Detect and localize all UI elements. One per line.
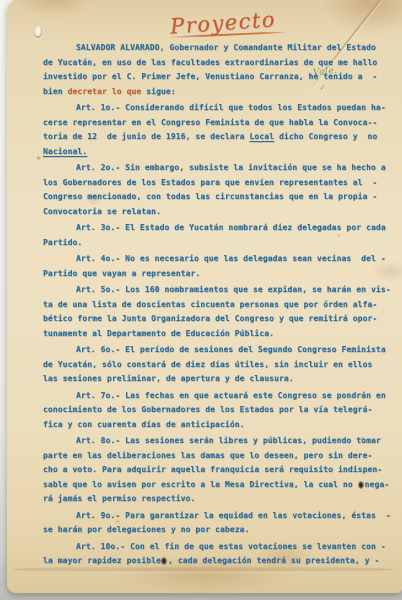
document-line: Art. 4o.- No es necesario que las delega… [43, 252, 391, 267]
document-line: bético forme la Junta Organizadora del C… [43, 312, 391, 327]
document-line: bien decretar lo que sigue: [43, 85, 391, 100]
document-line: cerse representar en el Congreso Feminis… [43, 116, 391, 131]
document-line: las sesiones preliminar, de apertura y d… [43, 372, 391, 387]
document-line: Art. 6o.- El período de sesiones del Seg… [43, 343, 391, 358]
document-page: Proyecto Vale. ✓ SALVADOR ALVARADO, Gobe… [7, 0, 402, 593]
document-line: se harán por delegaciones y no por cabez… [43, 523, 391, 538]
document-line: fica y con cuarenta días de anticipación… [43, 418, 391, 433]
document-paragraph: Art. 5o.- Los 160 nombramientos que se e… [43, 283, 391, 341]
document-paragraph: Art. 6o.- El período de sesiones del Seg… [43, 343, 391, 387]
document-line: Art. 9o.- Para garantizar la equidad en … [43, 509, 391, 524]
document-paragraph: Art. 3o.- El Estado de Yucatán nombrará … [43, 221, 391, 250]
document-line: conocimiento de los Gobernadores de los … [43, 403, 391, 418]
document-line: los Gobernadores de los Estados para que… [43, 176, 391, 191]
document-line: Art. 7o.- Las fechas en que actuará este… [43, 389, 391, 404]
scan-background: { "document": { "annotation_top": "Proye… [0, 0, 402, 600]
document-line: ta de una lista de doscientas cincuenta … [43, 298, 391, 313]
document-line: tunamente al Departamento de Educación P… [43, 327, 391, 342]
document-line: Art. 8o.- Las sesiones serán libres y pú… [43, 434, 391, 449]
document-line: Art. 1o.- Considerando difícil que todos… [43, 101, 391, 116]
document-line: Art. 10o.- Con el fin de que estas votac… [43, 540, 391, 555]
document-line: Art. 5o.- Los 160 nombramientos que se e… [43, 283, 391, 298]
document-body: SALVADOR ALVARADO, Gobernador y Comandan… [43, 41, 391, 571]
document-line: cho a voto. Para adquirir aquella franqu… [43, 463, 391, 478]
document-line: toria de 12 de junio de 1916, se declara… [43, 130, 391, 145]
document-line: Convocatoria se relatan. [43, 205, 391, 220]
document-paragraph: Art. 7o.- Las fechas en que actuará este… [43, 389, 391, 433]
document-line: Art. 3o.- El Estado de Yucatán nombrará … [43, 221, 391, 236]
document-paragraph: Art. 10o.- Con el fin de que estas votac… [43, 540, 391, 569]
document-line: SALVADOR ALVARADO, Gobernador y Comandan… [43, 41, 391, 56]
document-line: la mayor rapidez posible, cada delegació… [43, 554, 391, 569]
document-line: Nacional. [43, 145, 391, 160]
document-paragraph: Art. 2o.- Sin embargo, subsiste la invit… [43, 161, 391, 219]
paper-tear [34, 26, 42, 38]
document-paragraph: Art. 9o.- Para garantizar la equidad en … [43, 509, 391, 538]
document-line: Partido. [43, 236, 391, 251]
document-line: Art. 2o.- Sin embargo, subsiste la invit… [43, 161, 391, 176]
document-paragraph: SALVADOR ALVARADO, Gobernador y Comandan… [43, 41, 391, 99]
document-line: sable que lo avisen por escrito a la Mes… [43, 478, 391, 493]
document-paragraph: Art. 8o.- Las sesiones serán libres y pú… [43, 434, 391, 507]
document-paragraph: Art. 1o.- Considerando difícil que todos… [43, 101, 391, 159]
document-line: parte en las deliberaciones las damas qu… [43, 449, 391, 464]
document-line: de Yucatán, sólo constará de diez días ú… [43, 358, 391, 373]
document-line: investido por el C. Primer Jefe, Venusti… [43, 70, 391, 85]
document-line: de Yucatán, en uso de las facultades ext… [43, 56, 391, 71]
document-line: Congreso mencionado, con todas las circu… [43, 190, 391, 205]
document-line: rá jamás el permiso respectivo. [43, 492, 391, 507]
document-paragraph: Art. 4o.- No es necesario que las delega… [43, 252, 391, 281]
handwritten-title-annotation: Proyecto [169, 7, 276, 38]
document-line: Partido que vayan a representar. [43, 267, 391, 282]
